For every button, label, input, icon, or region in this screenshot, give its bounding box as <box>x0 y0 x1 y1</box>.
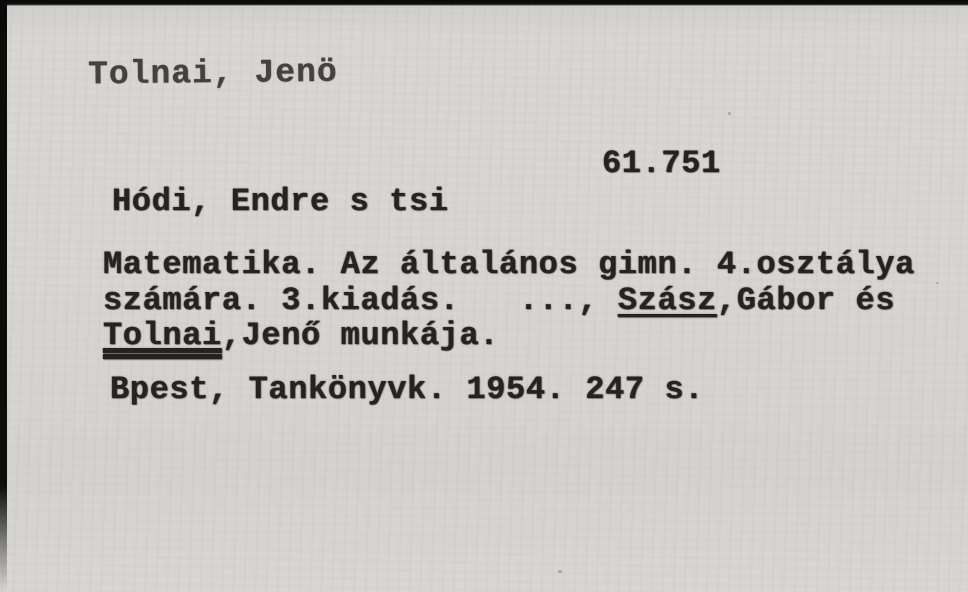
scan-edge-top <box>0 0 968 6</box>
title-line-2: számára. 3.kiadás. ..., Szász,Gábor és <box>103 283 955 319</box>
title-line-2-rest: ,Gábor és <box>717 282 895 319</box>
title-paragraph: Matematika. Az általános gimn. 4.osztály… <box>103 247 955 354</box>
title-line-3: Tolnai,Jenő munkája. <box>103 318 955 354</box>
underlined-name-szasz: Szász <box>618 282 717 319</box>
title-line-3-rest: ,Jenő munkája. <box>222 317 499 354</box>
call-number: 61.751 <box>602 146 721 182</box>
imprint-line: Bpest, Tankönyvk. 1954. 247 s. <box>110 372 704 408</box>
scan-edge-left <box>0 0 7 592</box>
ink-speck <box>936 282 939 284</box>
title-line-1: Matematika. Az általános gimn. 4.osztály… <box>103 247 955 283</box>
catalog-card-scan: Tolnai, Jenö 61.751 Hódi, Endre s tsi Ma… <box>0 0 968 592</box>
ink-speck <box>558 570 562 573</box>
title-line-2-text: számára. 3.kiadás. ..., <box>103 282 618 319</box>
secondary-author-line: Hódi, Endre s tsi <box>112 184 449 220</box>
card-heading-author: Tolnai, Jenö <box>88 55 338 94</box>
underlined-name-tolnai: Tolnai <box>103 317 222 354</box>
ink-speck <box>728 112 731 115</box>
